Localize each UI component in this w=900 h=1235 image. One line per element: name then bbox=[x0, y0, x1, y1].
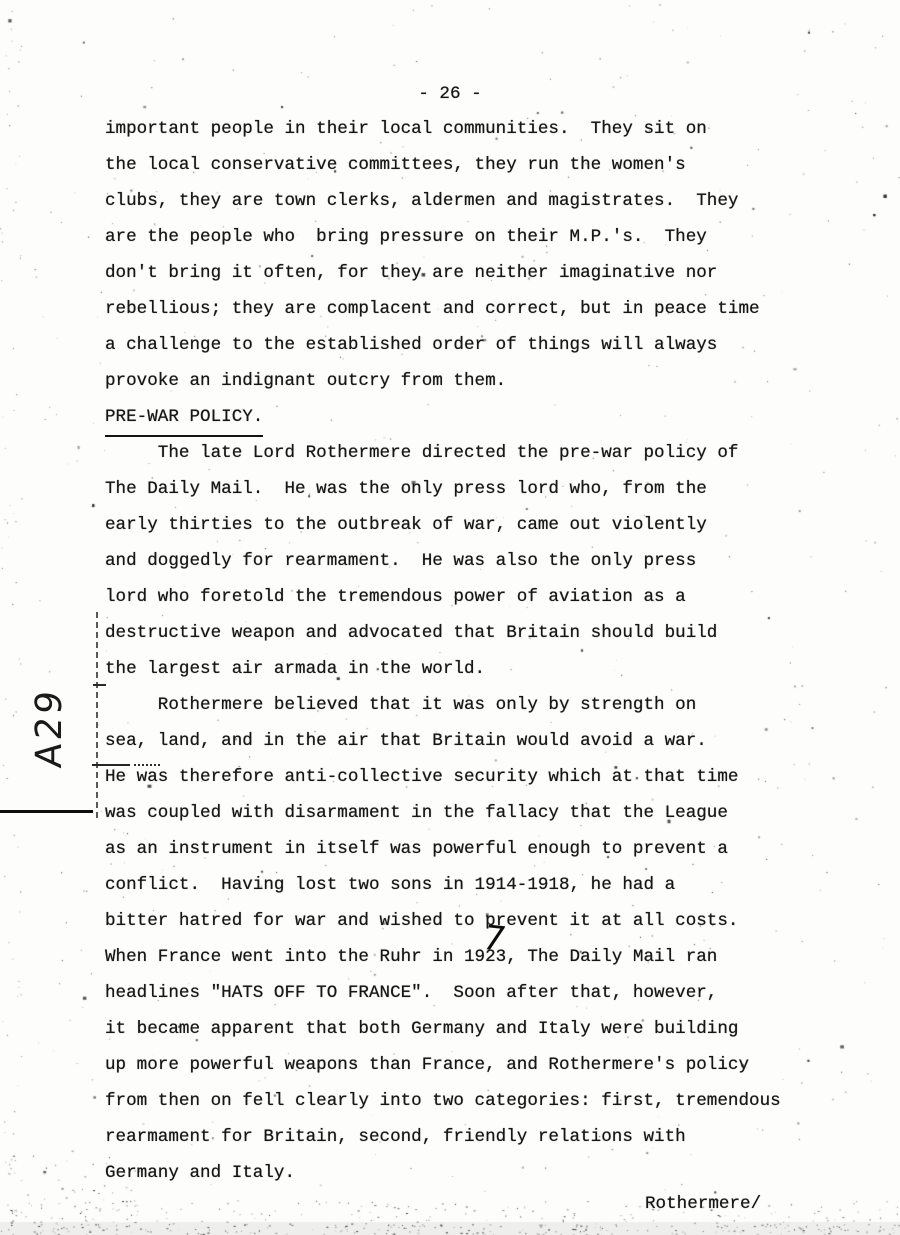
text-line-content: Germany and Italy. bbox=[105, 1155, 295, 1191]
text-line-content: don't bring it often, for they are neith… bbox=[105, 255, 717, 291]
text-line: rebellious; they are complacent and corr… bbox=[105, 291, 781, 327]
text-line: was coupled with disarmament in the fall… bbox=[105, 795, 781, 831]
text-line-content: The late Lord Rothermere directed the pr… bbox=[105, 435, 738, 471]
text-line: sea, land, and in the air that Britain w… bbox=[105, 723, 781, 759]
text-line: the largest air armada in the world. bbox=[105, 651, 781, 687]
text-line-content: sea, land, and in the air that Britain w… bbox=[105, 723, 707, 759]
text-line: clubs, they are town clerks, aldermen an… bbox=[105, 183, 781, 219]
text-line: as an instrument in itself was powerful … bbox=[105, 831, 781, 867]
text-line: lord who foretold the tremendous power o… bbox=[105, 579, 781, 615]
margin-tick-mark bbox=[93, 684, 106, 686]
text-line: rearmament for Britain, second, friendly… bbox=[105, 1119, 781, 1155]
text-line: Germany and Italy. bbox=[105, 1155, 781, 1191]
page-number: - 26 - bbox=[0, 84, 900, 104]
text-line: early thirties to the outbreak of war, c… bbox=[105, 507, 781, 543]
text-line: bitter hatred for war and wished to prev… bbox=[105, 903, 781, 939]
text-line: up more powerful weapons than France, an… bbox=[105, 1047, 781, 1083]
scanned-document-page: - 26 - important people in their local c… bbox=[0, 0, 900, 1235]
margin-horizontal-rule bbox=[0, 810, 93, 813]
text-line-content: as an instrument in itself was powerful … bbox=[105, 831, 728, 867]
text-line: conflict. Having lost two sons in 1914-1… bbox=[105, 867, 781, 903]
text-line: from then on fell clearly into two categ… bbox=[105, 1083, 781, 1119]
text-line: Rothermere believed that it was only by … bbox=[105, 687, 781, 723]
text-line: the local conservative committees, they … bbox=[105, 147, 781, 183]
text-line: PRE-WAR POLICY. bbox=[105, 399, 781, 435]
text-line: headlines "HATS OFF TO FRANCE". Soon aft… bbox=[105, 975, 781, 1011]
text-line-content: are the people who bring pressure on the… bbox=[105, 219, 707, 255]
text-line-content: it became apparent that both Germany and… bbox=[105, 1011, 738, 1047]
text-line: provoke an indignant outcry from them. bbox=[105, 363, 781, 399]
text-line-content: was coupled with disarmament in the fall… bbox=[105, 795, 728, 831]
margin-dashed-vertical-line bbox=[96, 612, 98, 818]
text-line: destructive weapon and advocated that Br… bbox=[105, 615, 781, 651]
handwritten-margin-annotation: A29 bbox=[28, 682, 72, 774]
text-line: and doggedly for rearmament. He was also… bbox=[105, 543, 781, 579]
text-line: When France went into the Ruhr in 1923, … bbox=[105, 939, 781, 975]
text-line-content: the local conservative committees, they … bbox=[105, 147, 686, 183]
text-line: it became apparent that both Germany and… bbox=[105, 1011, 781, 1047]
text-line-content: destructive weapon and advocated that Br… bbox=[105, 615, 717, 651]
text-line-content: rearmament for Britain, second, friendly… bbox=[105, 1119, 686, 1155]
text-line: The Daily Mail. He was the only press lo… bbox=[105, 471, 781, 507]
text-line-content: early thirties to the outbreak of war, c… bbox=[105, 507, 707, 543]
text-line: important people in their local communit… bbox=[105, 111, 781, 147]
overline-mark bbox=[92, 764, 130, 766]
typewritten-text-block: important people in their local communit… bbox=[105, 111, 781, 1191]
text-line: The late Lord Rothermere directed the pr… bbox=[105, 435, 781, 471]
text-line-content: the largest air armada in the world. bbox=[105, 651, 485, 687]
text-line-content: a challenge to the established order of … bbox=[105, 327, 717, 363]
text-line-content: He was therefore anti-collective securit… bbox=[105, 759, 738, 795]
text-line-content: important people in their local communit… bbox=[105, 111, 707, 147]
text-line-content: conflict. Having lost two sons in 1914-1… bbox=[105, 867, 675, 903]
text-line: don't bring it often, for they are neith… bbox=[105, 255, 781, 291]
text-line-content: provoke an indignant outcry from them. bbox=[105, 363, 506, 399]
text-line-content: bitter hatred for war and wished to prev… bbox=[105, 903, 738, 939]
overline-mark-dotted bbox=[134, 764, 160, 766]
text-line-content: up more powerful weapons than France, an… bbox=[105, 1047, 749, 1083]
text-line-content: clubs, they are town clerks, aldermen an… bbox=[105, 183, 738, 219]
text-line: He was therefore anti-collective securit… bbox=[105, 759, 781, 795]
text-line-content: lord who foretold the tremendous power o… bbox=[105, 579, 686, 615]
text-line-content: from then on fell clearly into two categ… bbox=[105, 1083, 781, 1119]
text-line-content: and doggedly for rearmament. He was also… bbox=[105, 543, 696, 579]
text-line-content: Rothermere believed that it was only by … bbox=[105, 687, 696, 723]
catchword-signature: Rothermere/ bbox=[645, 1194, 761, 1214]
text-line-content: rebellious; they are complacent and corr… bbox=[105, 291, 760, 327]
text-line-content: The Daily Mail. He was the only press lo… bbox=[105, 471, 707, 507]
text-line: a challenge to the established order of … bbox=[105, 327, 781, 363]
text-line-content: headlines "HATS OFF TO FRANCE". Soon aft… bbox=[105, 975, 717, 1011]
text-line-content: PRE-WAR POLICY. bbox=[105, 399, 263, 437]
text-line-content: When France went into the Ruhr in 1923, … bbox=[105, 939, 717, 975]
text-line: are the people who bring pressure on the… bbox=[105, 219, 781, 255]
